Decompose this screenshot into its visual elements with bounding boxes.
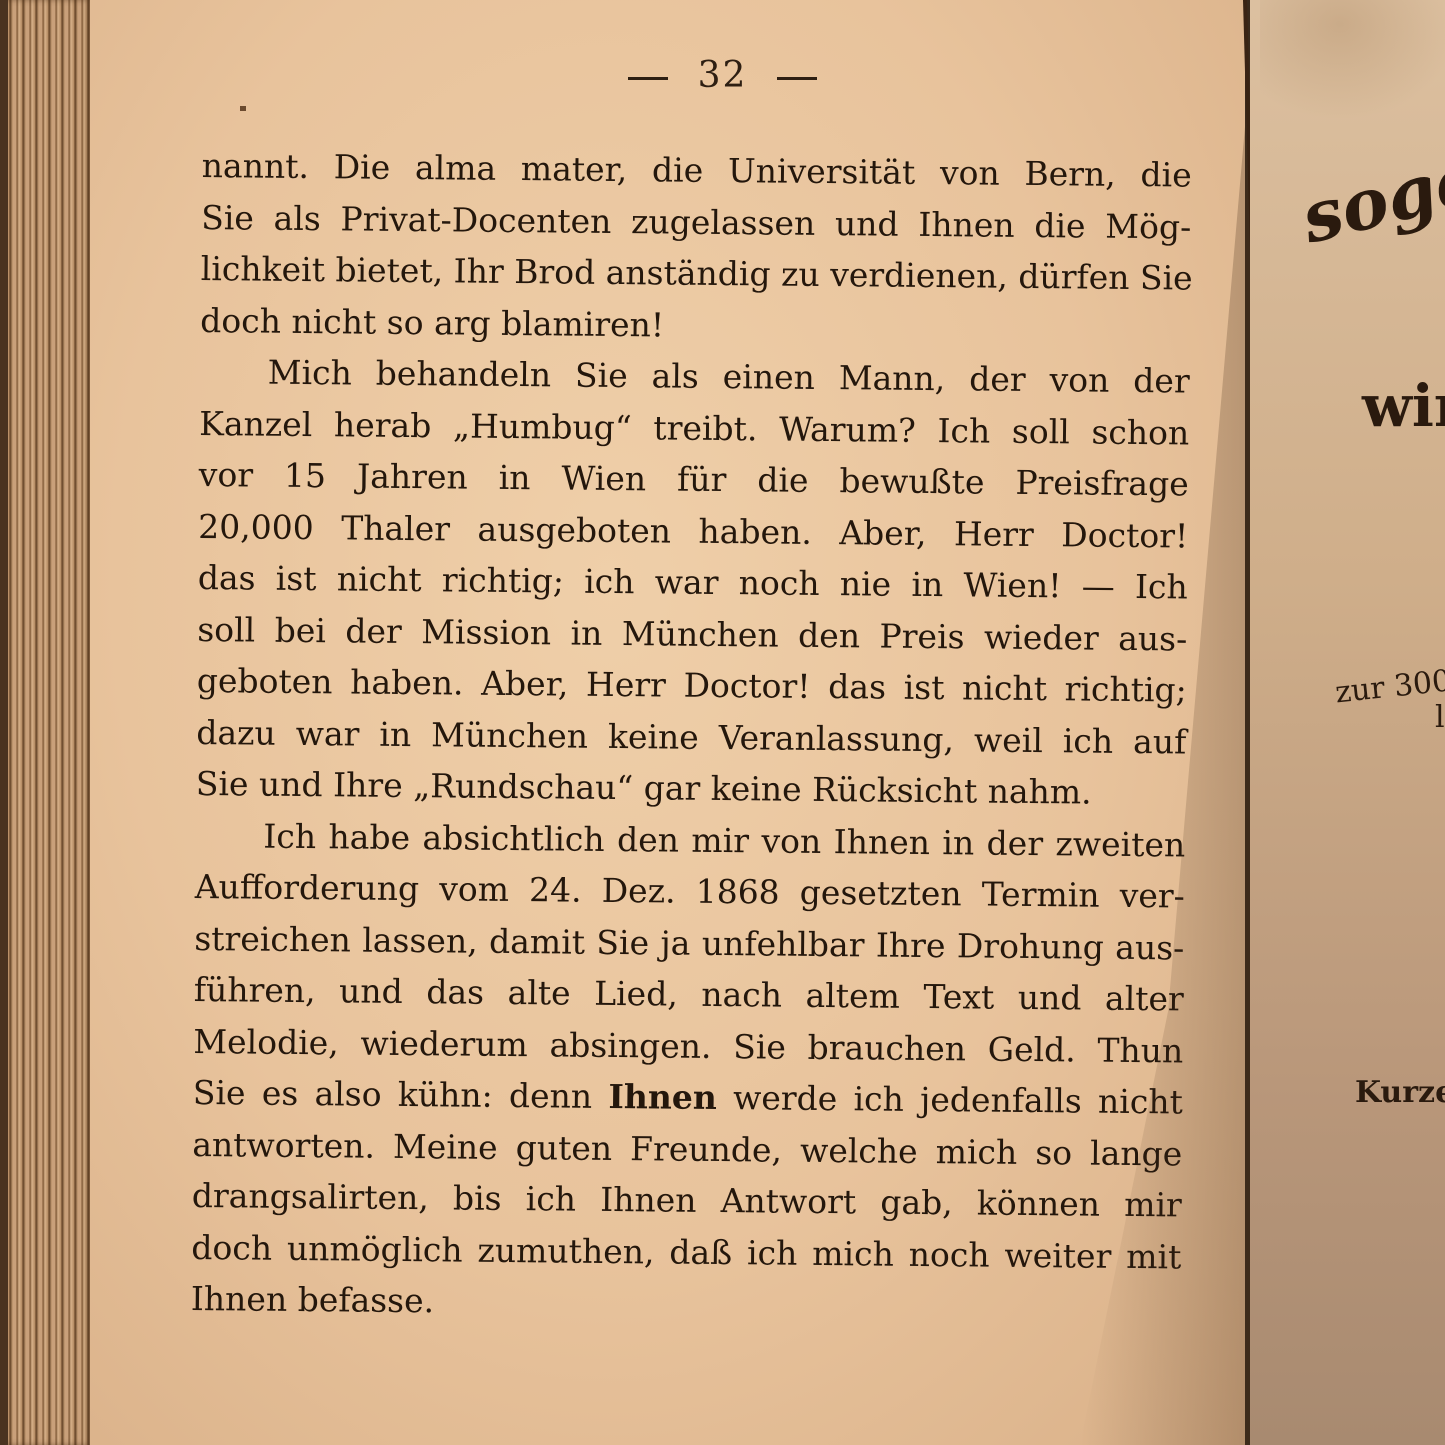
text-line: Kanzel herab „Humbug“ treibt. Warum? Ich… — [199, 397, 1189, 458]
text-line: Aufforderung vom 24. Dez. 1868 gesetzten… — [195, 861, 1185, 922]
ink-speck — [240, 106, 246, 111]
text-line: dazu war in München keine Veranlassung, … — [196, 706, 1186, 767]
text-line: Sie als Privat-Docenten zugelassen und I… — [201, 191, 1191, 252]
page-number-dash-right — [777, 77, 817, 80]
page-number-value: 32 — [698, 55, 748, 96]
text-line: nannt. Die alma mater, die Universität v… — [202, 140, 1192, 201]
page-number: 32 — [0, 55, 1445, 96]
text-line: Sie und Ihre „Rundschau“ gar keine Rücks… — [196, 758, 1186, 819]
page-number-dash-left — [628, 77, 668, 80]
text-line: Mich behandeln Sie als einen Mann, der v… — [200, 346, 1190, 407]
right-page-letter-fragment: l — [1435, 700, 1445, 735]
text-line: doch unmöglich zumuthen, daß ich mich no… — [191, 1221, 1181, 1282]
show-through-text: ​​​ — [469, 1281, 1291, 1440]
text-line: lichkeit bietet, Ihr Brod anständig zu v… — [201, 243, 1191, 304]
text-line-with-emphasis: Sie es also kühn: denn Ihnen werde ich j… — [193, 1067, 1183, 1128]
text-line: Ich habe absichtlich den mir von Ihnen i… — [195, 809, 1185, 870]
emphasized-word: Ihnen — [608, 1077, 717, 1117]
body-text: nannt. Die alma mater, die Universität v… — [191, 140, 1192, 1334]
text-segment: Sie es also kühn: denn — [193, 1073, 609, 1116]
text-line: doch nicht so arg blamiren! — [200, 294, 1190, 355]
right-page: sogen wir zur 300jä l Kurzer — [1250, 0, 1445, 1445]
text-line: vor 15 Jahren in Wien für die bewußte Pr… — [199, 449, 1189, 510]
text-line: das ist nicht richtig; ich war noch nie … — [198, 552, 1188, 613]
text-line: antworten. Meine guten Freunde, welche m… — [192, 1118, 1182, 1179]
text-segment: werde ich jedenfalls nicht — [717, 1078, 1183, 1121]
right-page-heading-fragment: wir — [1362, 372, 1445, 440]
text-line: 20,000 Thaler ausgeboten haben. Aber, He… — [198, 500, 1188, 561]
right-page-label-fragment: Kurzer — [1355, 1075, 1445, 1110]
right-page-title-fragment: sogen — [1293, 123, 1445, 259]
text-line: drangsalirten, bis ich Ihnen Antwort gab… — [192, 1170, 1182, 1231]
text-line: führen, und das alte Lied, nach altem Te… — [194, 964, 1184, 1025]
water-stain — [1260, 0, 1445, 120]
text-line: Melodie, wiederum absingen. Sie brauchen… — [193, 1015, 1183, 1076]
right-page-subtitle-fragment: zur 300jä — [1334, 661, 1445, 711]
text-line: streichen lassen, damit Sie ja unfehlbar… — [194, 912, 1184, 973]
page-edges-stack — [0, 0, 92, 1445]
text-line: geboten haben. Aber, Herr Doctor! das is… — [197, 655, 1187, 716]
text-line: soll bei der Mission in München den Prei… — [197, 603, 1187, 664]
